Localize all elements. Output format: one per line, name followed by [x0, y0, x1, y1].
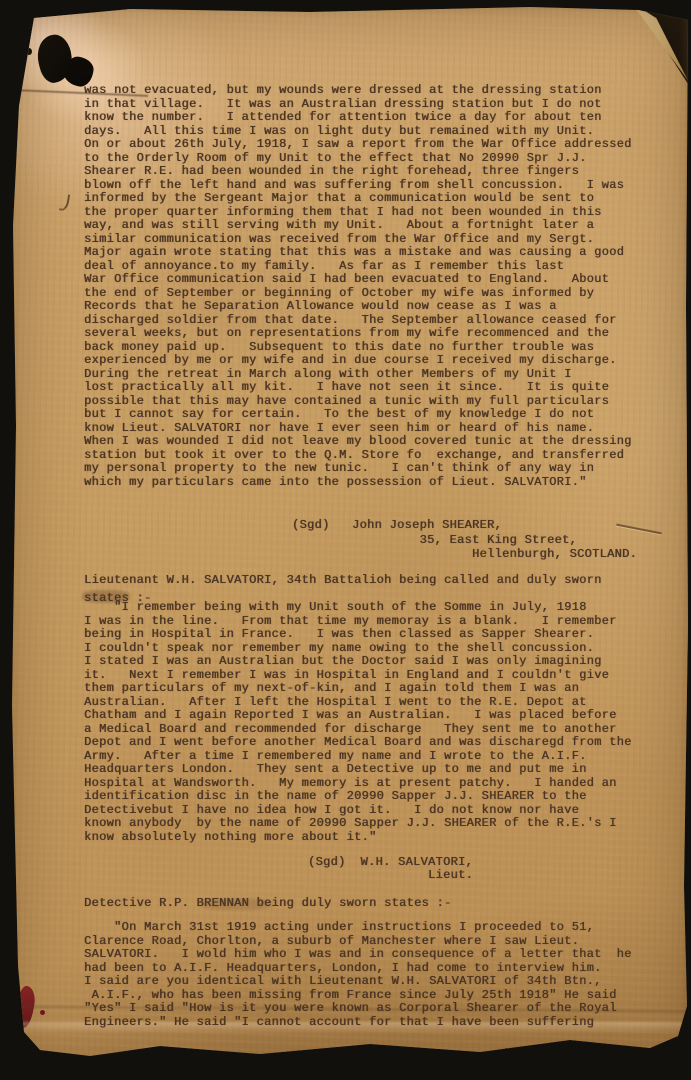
statement-salvatori: "I remember being with my Unit south of …: [84, 601, 632, 844]
folded-corner-gap: [630, 6, 688, 84]
red-wax-speck: [40, 1010, 45, 1015]
statement-brennan: "On March 31st 1919 acting under instruc…: [84, 921, 632, 1029]
torn-hole-small: [26, 48, 32, 55]
statement-shearer: was not evacuated, but my wounds were dr…: [84, 84, 632, 489]
page-continuation-mark: /from: [500, 1048, 538, 1062]
pen-mark: [59, 193, 70, 211]
signature-salvatori: (Sgd) W.H. SALVATORI, Lieut.: [308, 856, 473, 882]
document-page: was not evacuated, but my wounds were dr…: [10, 6, 688, 1067]
signature-shearer: (Sgd) John Joseph SHEARER, 35, East King…: [292, 518, 637, 562]
heading-brennan: Detective R.P. BRENNAN being duly sworn …: [84, 897, 452, 911]
scanned-document: was not evacuated, but my wounds were dr…: [0, 0, 691, 1080]
